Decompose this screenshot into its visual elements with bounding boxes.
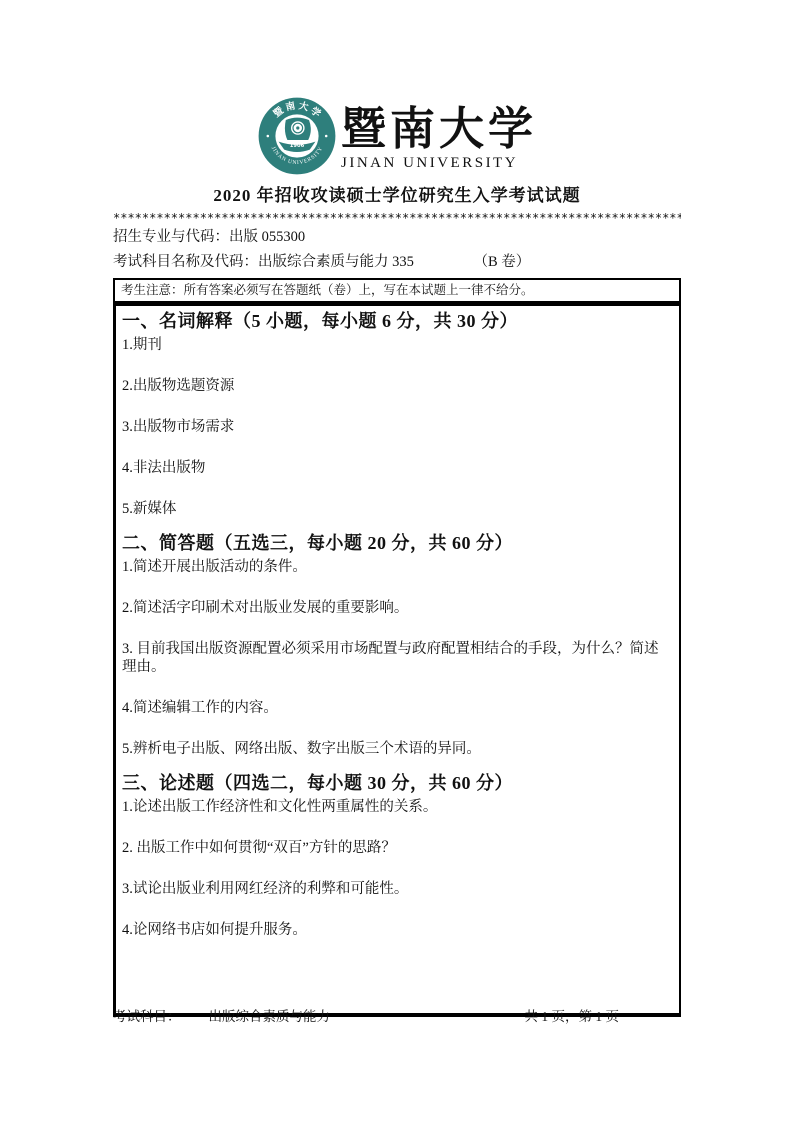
section-1-heading: 一、名词解释（5 小题，每小题 6 分，共 30 分） <box>122 308 669 334</box>
subject-code-line: 考试科目名称及代码：出版综合素质与能力 335 （B 卷） <box>113 251 681 274</box>
page-title: 2020 年招收攻读硕士学位研究生入学考试试题 <box>0 181 794 206</box>
notice-box: 考生注意：所有答案必须写在答题纸（卷）上，写在本试题上一律不给分。 <box>113 278 681 303</box>
question-item: 2.出版物选题资源 <box>122 377 669 395</box>
question-item: 5.辨析电子出版、网络出版、数字出版三个术语的异同。 <box>122 740 669 758</box>
page-content: ****************************************… <box>113 212 681 1017</box>
question-item: 1.论述出版工作经济性和文化性两重属性的关系。 <box>122 798 669 816</box>
subject-code-text: 考试科目名称及代码：出版综合素质与能力 335 <box>113 254 414 270</box>
page-header: 1906 暨 南 大 学 JINAN UNIVERSITY 暨南大学 JINAN… <box>0 0 794 206</box>
section-term-explanation: 一、名词解释（5 小题，每小题 6 分，共 30 分） 1.期刊 2.出版物选题… <box>122 308 669 518</box>
question-item: 5.新媒体 <box>122 500 669 518</box>
svg-text:1906: 1906 <box>290 143 305 149</box>
paper-version-label: （B 卷） <box>474 254 531 270</box>
section-essay: 三、论述题（四选二，每小题 30 分，共 60 分） 1.论述出版工作经济性和文… <box>122 770 669 939</box>
section-short-answer: 二、简答题（五选三，每小题 20 分，共 60 分） 1.简述开展出版活动的条件… <box>122 530 669 758</box>
footer-subject-label: 考试科目： <box>113 1008 181 1026</box>
asterisk-divider: ****************************************… <box>113 212 681 224</box>
university-seal-icon: 1906 暨 南 大 学 JINAN UNIVERSITY <box>257 96 337 176</box>
question-item: 3.试论出版业利用网红经济的利弊和可能性。 <box>122 880 669 898</box>
exam-paper-page: 1906 暨 南 大 学 JINAN UNIVERSITY 暨南大学 JINAN… <box>0 0 794 1123</box>
university-logo-block: 1906 暨 南 大 学 JINAN UNIVERSITY 暨南大学 JINAN… <box>257 96 537 176</box>
footer-subject-value: 出版综合素质与能力 <box>209 1008 331 1026</box>
section-2-heading: 二、简答题（五选三，每小题 20 分，共 60 分） <box>122 530 669 556</box>
question-item: 1.期刊 <box>122 336 669 354</box>
university-name-chinese: 暨南大学 <box>341 106 537 153</box>
question-item: 2.简述活字印刷术对出版业发展的重要影响。 <box>122 599 669 617</box>
university-name-block: 暨南大学 JINAN UNIVERSITY <box>341 100 537 171</box>
footer-page-info: 共 1 页，第 1 页 <box>525 1008 620 1026</box>
question-item: 4.简述编辑工作的内容。 <box>122 699 669 717</box>
section-3-heading: 三、论述题（四选二，每小题 30 分，共 60 分） <box>122 770 669 796</box>
questions-box: 一、名词解释（5 小题，每小题 6 分，共 30 分） 1.期刊 2.出版物选题… <box>113 303 681 1017</box>
university-name-english: JINAN UNIVERSITY <box>341 155 537 172</box>
question-item: 4.非法出版物 <box>122 459 669 477</box>
admission-code-line: 招生专业与代码：出版 055300 <box>113 226 681 249</box>
question-item: 1.简述开展出版活动的条件。 <box>122 558 669 576</box>
question-item: 4.论网络书店如何提升服务。 <box>122 921 669 939</box>
page-footer: 考试科目： 出版综合素质与能力 共 1 页，第 1 页 <box>113 1008 681 1026</box>
notice-text: 考生注意：所有答案必须写在答题纸（卷）上，写在本试题上一律不给分。 <box>121 283 534 297</box>
question-item: 2. 出版工作中如何贯彻“双百”方针的思路？ <box>122 839 669 857</box>
question-item: 3.出版物市场需求 <box>122 418 669 436</box>
question-item: 3. 目前我国出版资源配置必须采用市场配置与政府配置相结合的手段，为什么？简述理… <box>122 640 669 676</box>
